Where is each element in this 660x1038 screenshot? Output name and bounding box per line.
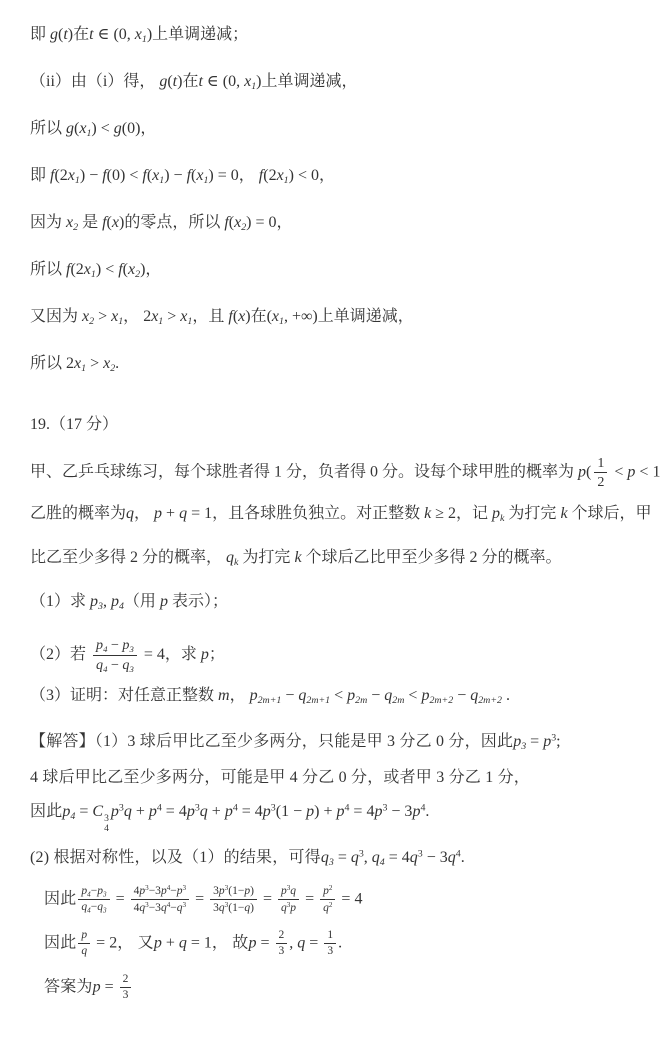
solution-line-3: 因此p4 = C34p3q + p4 = 4p3q + p4 = 4p3(1 −… (30, 802, 638, 833)
document-body: 即 g(t)在t ∈ (0, x1)上单调递减；（ii）由（i）得， g(t)在… (30, 25, 638, 1002)
solution-line-1: 【解答】（1）3 球后甲比乙至少多两分，只能是甲 3 分乙 0 分，因此p3 =… (30, 732, 638, 754)
proof-line-3: 所以 g(x1) < g(0)， (30, 119, 638, 141)
proof-line-8: 所以 2x1 > x2. (30, 354, 638, 376)
solution-line-4: (2) 根据对称性，以及（1）的结果，可得q3 = q3, q4 = 4q3 −… (30, 848, 638, 870)
proof-line-1: 即 g(t)在t ∈ (0, x1)上单调递减； (30, 25, 638, 47)
problem-part-1: （1）求 p3, p4（用 p 表示）； (30, 592, 638, 614)
solution-line-6: 因此pq = 2， 又p + q = 1， 故p = 23, q = 13. (30, 929, 638, 958)
proof-line-6: 所以 f(2x1) < f(x2)， (30, 260, 638, 282)
proof-line-2: （ii）由（i）得， g(t)在t ∈ (0, x1)上单调递减， (30, 72, 638, 94)
problem-statement-line-1: 甲、乙乒乓球练习，每个球胜者得 1 分，负者得 0 分。设每个球甲胜的概率为 p… (30, 455, 638, 490)
proof-line-7: 又因为 x2 > x1， 2x1 > x1，且 f(x)在(x1, +∞)上单调… (30, 307, 638, 329)
document-page: 即 g(t)在t ∈ (0, x1)上单调递减；（ii）由（i）得， g(t)在… (0, 0, 660, 1038)
problem-statement-line-2: 乙胜的概率为q， p + q = 1，且各球胜负独立。对正整数 k ≥ 2，记 … (30, 504, 638, 526)
proof-line-5: 因为 x2 是 f(x)的零点，所以 f(x2) = 0， (30, 213, 638, 235)
proof-line-4: 即 f(2x1) − f(0) < f(x1) − f(x1) = 0， f(2… (30, 166, 638, 188)
solution-line-7: 答案为p = 23 (30, 973, 638, 1002)
problem-number: 19.（17 分） (30, 415, 638, 436)
problem-part-3: （3）证明：对任意正整数 m， p2m+1 − q2m+1 < p2m − q2… (30, 686, 638, 708)
problem-part-2: （2）若 p4 − p3q4 − q3 = 4，求 p； (30, 637, 638, 674)
problem-statement-line-3: 比乙至少多得 2 分的概率， qk 为打完 k 个球后乙比甲至少多得 2 分的概… (30, 548, 638, 570)
solution-line-2: 4 球后甲比乙至少多两分，可能是甲 4 分乙 0 分，或者甲 3 分乙 1 分， (30, 768, 638, 789)
solution-line-5: 因此p4−p3q4−q3 = 4p3−3p4−p34q3−3q4−q3 = 3p… (30, 884, 638, 915)
